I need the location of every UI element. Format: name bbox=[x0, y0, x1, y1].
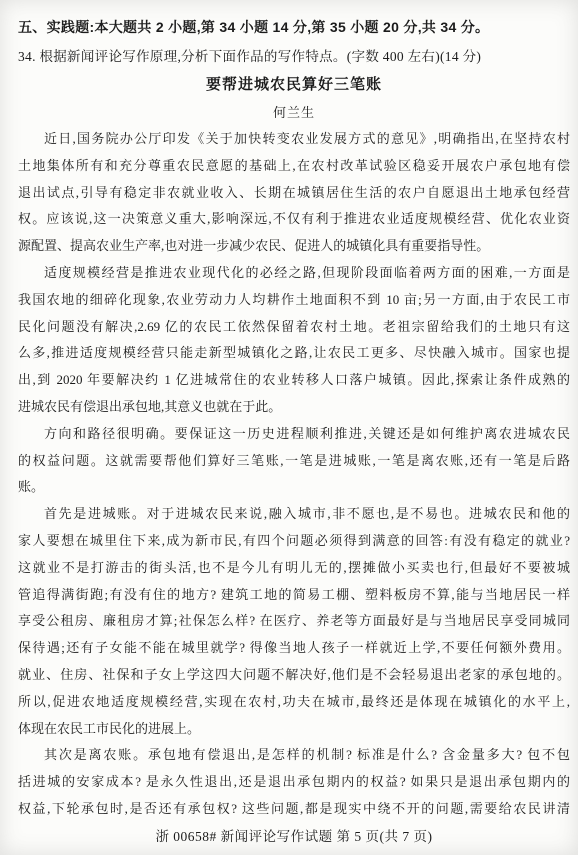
article-author: 何兰生 bbox=[18, 99, 570, 126]
paragraph: 适度规模经营是推进农业现代化的必经之路,但现阶段面临着两方面的困难,一方面是我国… bbox=[18, 260, 570, 421]
body-line: 权。应该说,这一决策意义重大,影响深远,不仅有利于推进农业适度规模经营、优化农业… bbox=[18, 206, 570, 233]
body-line: 就业、住房、社保和子女上学这四大问题不解决好,他们是不会轻易退出老家的承包地的。 bbox=[18, 662, 570, 689]
paragraph: 近日,国务院办公厅印发《关于加快转变农业发展方式的意见》,明确指出,在坚持农村土… bbox=[18, 126, 570, 260]
body-line: 适度规模经营是推进农业现代化的必经之路,但现阶段面临着两方面的困难,一方面是 bbox=[18, 260, 570, 287]
body-line: 其次是离农账。承包地有偿退出,是怎样的机制? 标准是什么? 含金量多大? 包不包 bbox=[18, 742, 570, 769]
body-line: 我国农地的细碎化现象,农业劳动力人均耕作土地面积不到 10 亩;另一方面,由于农… bbox=[18, 287, 570, 314]
page-footer: 浙 00658# 新闻评论写作试题 第 5 页(共 7 页) bbox=[18, 823, 570, 850]
body-line: 括进城的安家成本? 是永久性退出,还是退出承包期内的权益? 如果只是退出承包期内… bbox=[18, 769, 570, 796]
body-line: 退出试点,引导有稳定非农就业收入、长期在城镇居住生活的农户自愿退出土地承包经营 bbox=[18, 180, 570, 207]
body-line: 的权益问题。这就需要帮他们算好三笔账,一笔是进城账,一笔是离农账,还有一笔是后路 bbox=[18, 448, 570, 475]
body-line: 进城农民有偿退出承包地,其意义也就在于此。 bbox=[18, 394, 570, 421]
paragraph: 首先是进城账。对于进城农民来说,融入城市,非不愿也,是不易也。进城农民和他的家人… bbox=[18, 501, 570, 742]
body-line: 家人要想在城里住下来,成为新市民,有四个问题必须得到满意的回答:有没有稳定的就业… bbox=[18, 528, 570, 555]
body-line: 方向和路径很明确。要保证这一历史进程顺利推进,关键还是如何维护离农进城农民 bbox=[18, 421, 570, 448]
body-line: 保待遇;还有子女能不能在城里就学? 得像当地人孩子一样就近上学,不要任何额外费用… bbox=[18, 635, 570, 662]
page-content: 五、实践题:本大题共 2 小题,第 34 小题 14 分,第 35 小题 20 … bbox=[18, 0, 570, 850]
article-title: 要帮进城农民算好三笔账 bbox=[18, 71, 570, 99]
body-line: 管追得满街跑;有没有住的地方? 建筑工地的简易工棚、塑料板房不算,能与当地居民一… bbox=[18, 582, 570, 609]
body-line: 么多,推进适度规模经营只能走新型城镇化之路,让农民工更多、尽快融入城市。国家也提 bbox=[18, 340, 570, 367]
body-line: 享受公租房、廉租房才算;社保怎么样? 在医疗、养老等方面最好是与当地居民享受同城… bbox=[18, 608, 570, 635]
paragraph: 其次是离农账。承包地有偿退出,是怎样的机制? 标准是什么? 含金量多大? 包不包… bbox=[18, 742, 570, 822]
paragraph: 方向和路径很明确。要保证这一历史进程顺利推进,关键还是如何维护离农进城农民的权益… bbox=[18, 421, 570, 501]
body-line: 账。 bbox=[18, 474, 570, 501]
body-line: 源配置、提高农业生产率,也对进一步减少农民、促进人的城镇化具有重要指导性。 bbox=[18, 233, 570, 260]
article-body: 近日,国务院办公厅印发《关于加快转变农业发展方式的意见》,明确指出,在坚持农村土… bbox=[18, 126, 570, 823]
body-line: 这就业不是打游击的街头活,也不是今儿有明儿无的,摆摊做小买卖也行,但最好不要被城 bbox=[18, 555, 570, 582]
question-prompt: 34. 根据新闻评论写作原理,分析下面作品的写作特点。(字数 400 左右)(1… bbox=[18, 42, 570, 71]
body-line: 出,到 2020 年要解决约 1 亿进城常住的农业转移人口落户城镇。因此,探索让… bbox=[18, 367, 570, 394]
exam-page: 五、实践题:本大题共 2 小题,第 34 小题 14 分,第 35 小题 20 … bbox=[0, 0, 578, 855]
body-line: 所以,促进农地适度规模经营,实现在农村,功夫在城市,最终还是体现在城镇化的水平上… bbox=[18, 689, 570, 716]
body-line: 土地集体所有和充分尊重农民意愿的基础上,在农村改革试验区稳妥开展农户承包地有偿 bbox=[18, 153, 570, 180]
body-line: 权益,下轮承包时,是否还有承包权? 这些问题,都是现实中绕不开的问题,需要给农民… bbox=[18, 796, 570, 823]
body-line: 近日,国务院办公厅印发《关于加快转变农业发展方式的意见》,明确指出,在坚持农村 bbox=[18, 126, 570, 153]
body-line: 民化问题没有解决,2.69 亿的农民工依然保留着农村土地。老祖宗留给我们的土地只… bbox=[18, 314, 570, 341]
body-line: 首先是进城账。对于进城农民来说,融入城市,非不愿也,是不易也。进城农民和他的 bbox=[18, 501, 570, 528]
body-line: 体现在农民工市民化的进展上。 bbox=[18, 716, 570, 743]
section-heading: 五、实践题:本大题共 2 小题,第 34 小题 14 分,第 35 小题 20 … bbox=[18, 13, 570, 42]
